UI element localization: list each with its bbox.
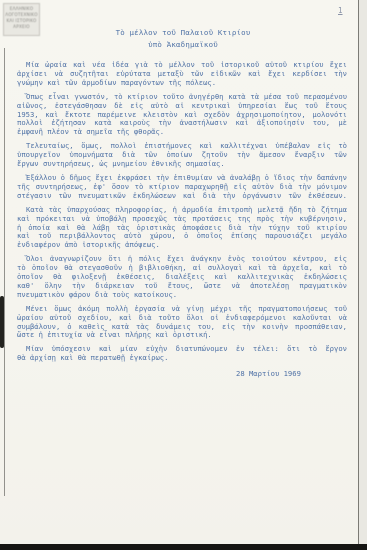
scan-edge-bottom xyxy=(0,544,367,550)
paragraph-line: θὰ ἀρχίσῃ καὶ θὰ περατωθῇ ἐγκαίρως. xyxy=(17,354,347,363)
document-title: Τὸ μέλλον τοῦ Παλαιοῦ Κτιρίου ὑπὸ Ἀκαδημ… xyxy=(17,27,349,51)
paragraph: Τελευταίως, ὅμως, πολλοὶ ἐπιστήμονες καὶ… xyxy=(17,142,347,169)
paragraph-line: ὥστε ἡ ἐπιτυχία νὰ εἶναι πλήρης καὶ ὁρισ… xyxy=(17,331,347,340)
scan-edge-left-line xyxy=(4,48,5,496)
scan-artifact-blob xyxy=(0,296,4,348)
paragraph-line: ἐμφανῆ πλέον τὰ σημεῖα τῆς φθορᾶς. xyxy=(17,128,347,137)
paragraph: Κατὰ τὰς ὑπαρχούσας πληροφορίας, ἡ ἁρμοδ… xyxy=(17,206,347,251)
paragraph: Μίαν ὑπόσχεσιν καὶ μίαν εὐχὴν διατυπώνομ… xyxy=(17,345,347,363)
paragraph-line: γνώμην καὶ τῶν ἁρμοδίων παραγόντων τῆς π… xyxy=(17,79,347,88)
title-line-1: Τὸ μέλλον τοῦ Παλαιοῦ Κτιρίου xyxy=(17,27,349,39)
paragraph: Μία ὡραία καὶ νέα ἰδέα γιὰ τὸ μέλλον τοῦ… xyxy=(17,61,347,88)
paragraph: Ὅπως εἶναι γνωστόν, τὸ κτίριον τοῦτο ἀνη… xyxy=(17,93,347,138)
paragraph-line: στέγασιν τῶν πνευματικῶν ἐκδηλώσεων καὶ … xyxy=(17,192,347,201)
document-body: Μία ὡραία καὶ νέα ἰδέα γιὰ τὸ μέλλον τοῦ… xyxy=(17,61,347,368)
scan-edge-right-strip xyxy=(359,0,367,550)
stamp-text-line: ΚΑΙ ΙΣΤΟΡΙΚΟ xyxy=(4,18,39,24)
paragraph: Ἐξάλλου ὁ δῆμος ἔχει ἐκφράσει τὴν ἐπιθυμ… xyxy=(17,174,347,201)
document-date: 28 Μαρτίου 1969 xyxy=(236,369,301,378)
page-number: 1 xyxy=(338,6,343,15)
scan-edge-right-line xyxy=(358,0,359,550)
paragraph: Μένει ὅμως ἀκόμη πολλὴ ἐργασία νὰ γίνῃ μ… xyxy=(17,305,347,341)
paragraph-line: ἔργων συντηρήσεως, ὡς μνημείου ἐθνικῆς σ… xyxy=(17,160,347,169)
scanned-document-page: ΕΛΛΗΝΙΚΟΛΟΓΟΤΕΧΝΙΚΟΚΑΙ ΙΣΤΟΡΙΚΟΑΡΧΕΙΟ 1 … xyxy=(0,0,367,550)
paragraph: Ὅλοι ἀναγνωρίζουν ὅτι ἡ πόλις ἔχει ἀνάγκ… xyxy=(17,255,347,300)
title-line-2: ὑπὸ Ἀκαδημαϊκοῦ xyxy=(17,39,349,51)
paragraph-line: πνευματικὸν φάρον διὰ τοὺς κατοίκους. xyxy=(17,291,347,300)
paragraph-line: ἐνδιαφέρον ἀπὸ ἱστορικῆς ἀπόψεως. xyxy=(17,241,347,250)
stamp-text-line: ΛΟΓΟΤΕΧΝΙΚΟ xyxy=(4,12,39,18)
